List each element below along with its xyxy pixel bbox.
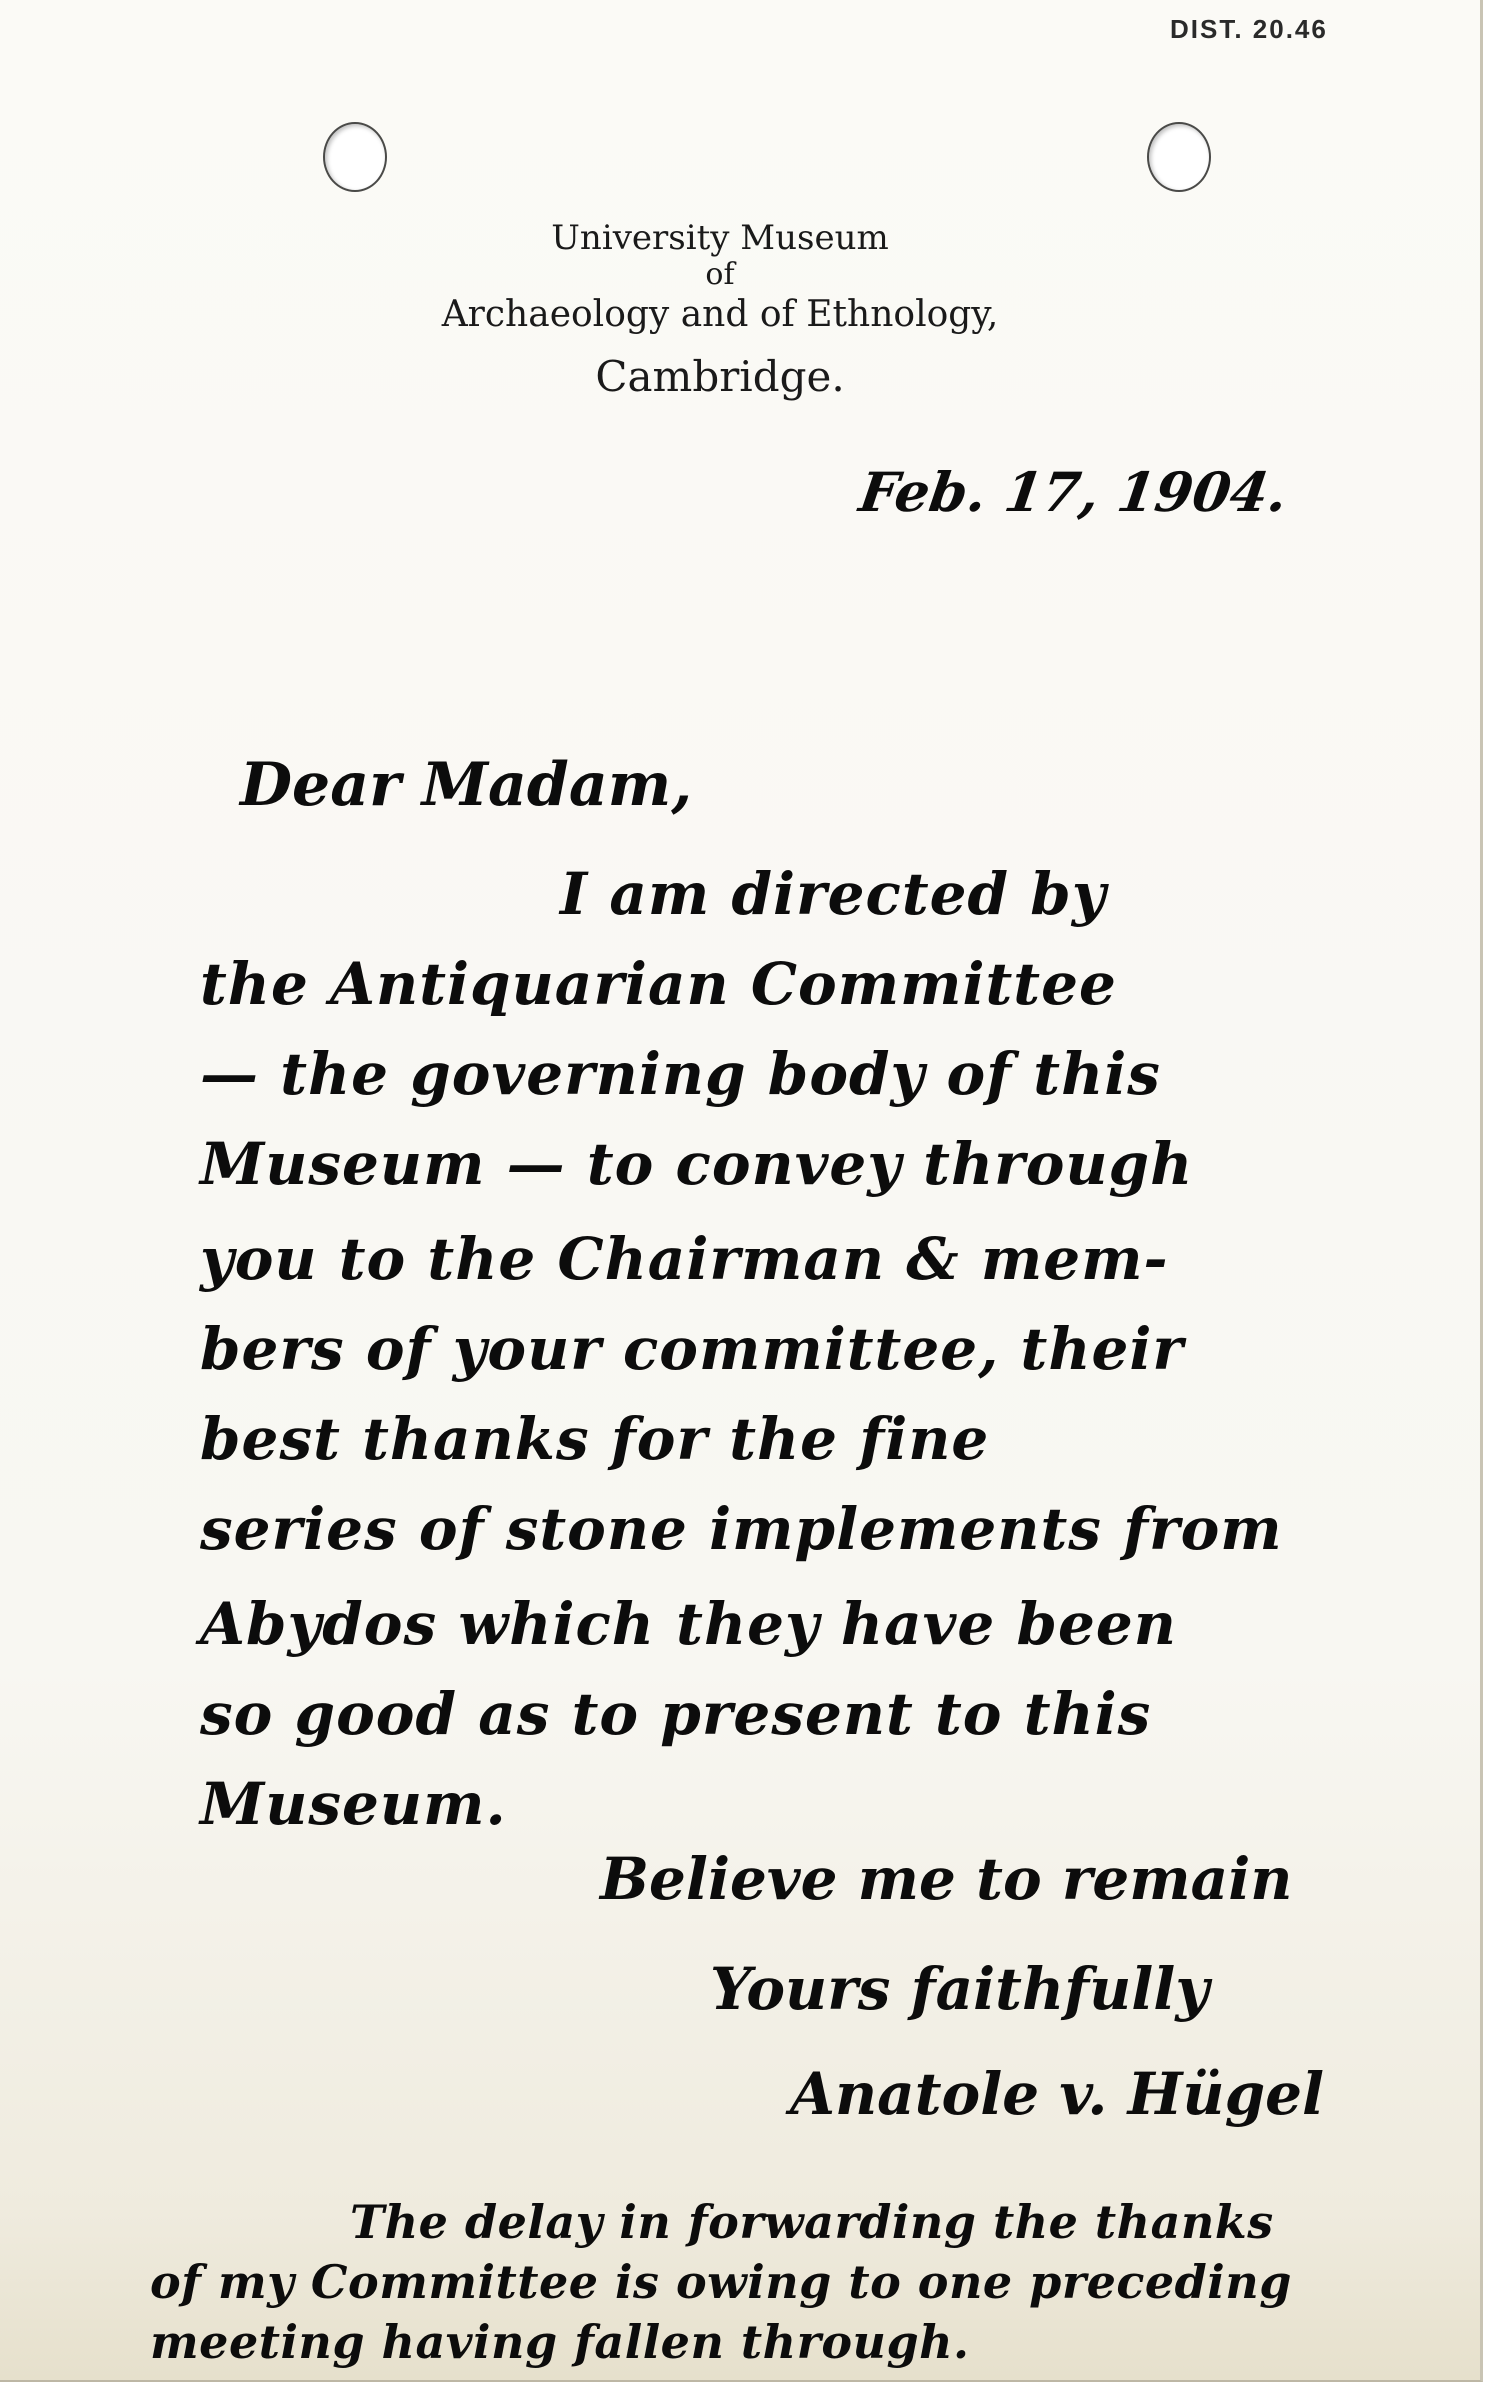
postscript-line: of my Committee is owing to one precedin…: [150, 2255, 1292, 2309]
postscript-line: The delay in forwarding the thanks: [350, 2195, 1274, 2249]
letter-page: DIST. 20.46 University Museum of Archaeo…: [0, 0, 1483, 2382]
body-line: Abydos which they have been: [200, 1590, 1177, 1658]
archive-reference-mark: DIST. 20.46: [1170, 14, 1328, 45]
letterhead-of: of: [0, 258, 1440, 292]
body-line: the Antiquarian Committee: [200, 950, 1117, 1018]
faint-show-through: [380, 2030, 900, 2060]
body-line: you to the Chairman & mem-: [200, 1225, 1169, 1293]
closing-phrase: Believe me to remain: [600, 1845, 1292, 1913]
body-line: best thanks for the fine: [200, 1405, 989, 1473]
postscript-line: meeting having fallen through.: [150, 2315, 970, 2369]
body-line: I am directed by: [560, 860, 1107, 928]
punch-hole-right: [1147, 122, 1211, 192]
closing-valediction: Yours faithfully: [710, 1955, 1209, 2023]
letterhead: University Museum of Archaeology and of …: [0, 218, 1440, 410]
punch-hole-left: [323, 122, 387, 192]
letterhead-department: Archaeology and of Ethnology,: [0, 292, 1440, 338]
salutation: Dear Madam,: [240, 750, 692, 820]
letterhead-city: Cambridge.: [0, 344, 1440, 410]
signature: Anatole v. Hügel: [790, 2060, 1324, 2128]
letter-date: Feb. 17, 1904.: [856, 460, 1292, 524]
letterhead-institution: University Museum: [0, 218, 1440, 258]
body-line: — the governing body of this: [200, 1040, 1161, 1108]
body-line: Museum.: [200, 1770, 507, 1838]
body-line: bers of your committee, their: [200, 1315, 1184, 1383]
body-line: series of stone implements from: [200, 1495, 1283, 1563]
body-line: Museum — to convey through: [200, 1130, 1193, 1198]
body-line: so good as to present to this: [200, 1680, 1151, 1748]
